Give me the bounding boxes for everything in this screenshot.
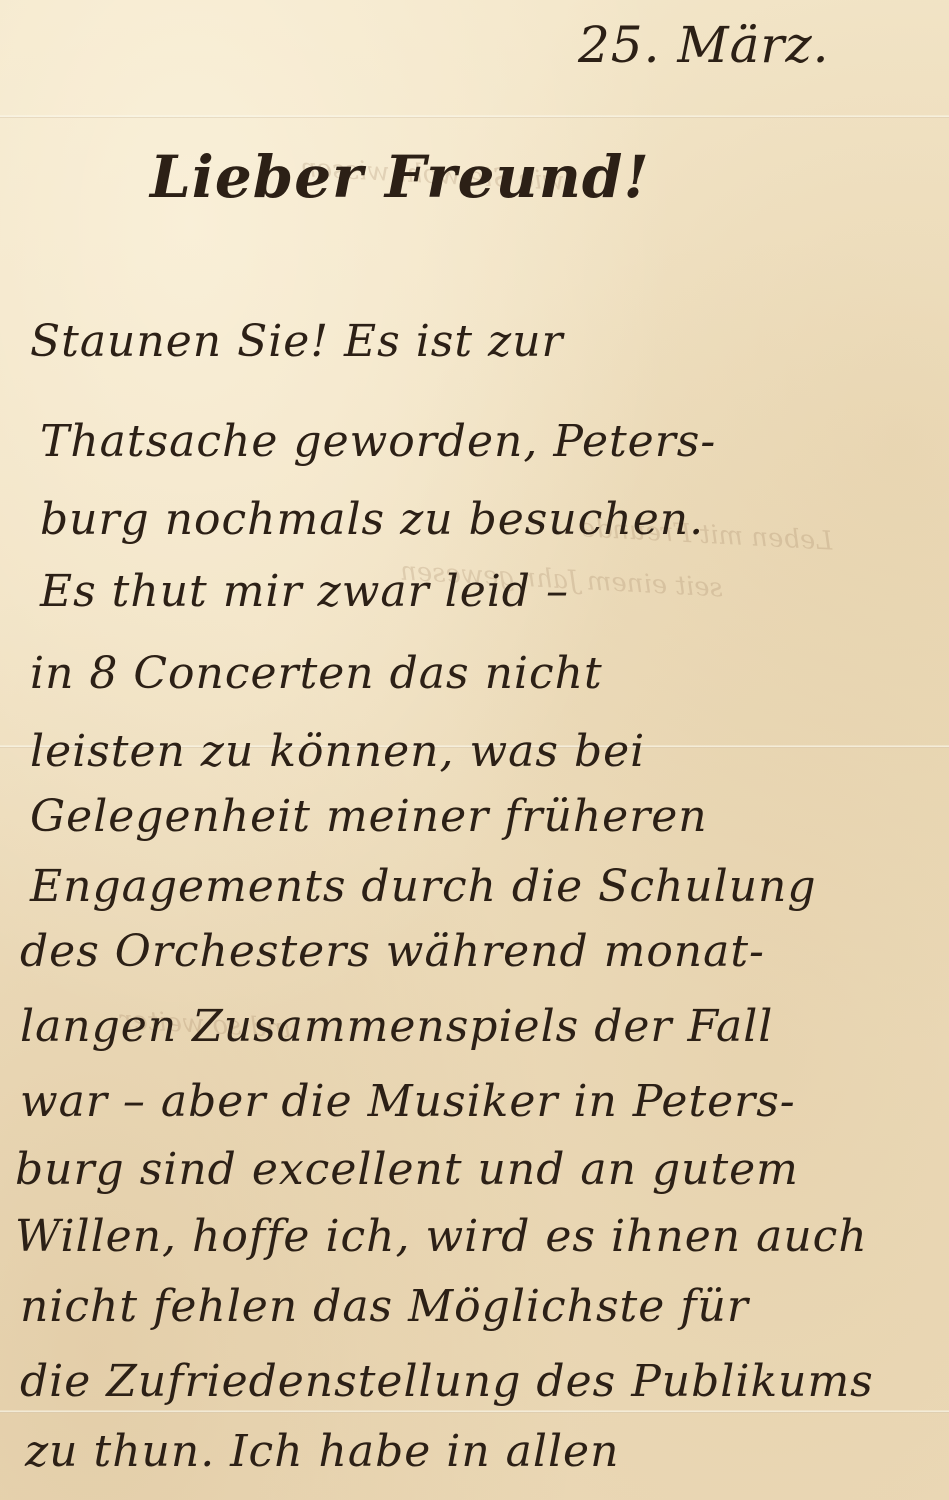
letter-line: war – aber die Musiker in Peters- <box>20 1080 796 1124</box>
letter-line: Thatsache geworden, Peters- <box>40 420 716 464</box>
letter-line: burg sind excellent und an gutem <box>15 1148 799 1192</box>
letter-line: Willen, hoffe ich, wird es ihnen auch <box>15 1215 868 1259</box>
paper-fold-line <box>0 1410 949 1413</box>
letter-line: nicht fehlen das Möglichste für <box>20 1285 749 1329</box>
letter-salutation: Lieber Freund! <box>150 148 650 206</box>
letter-line: langen Zusammenspiels der Fall <box>20 1005 773 1049</box>
paper-fold-line <box>0 115 949 118</box>
letter-line: in 8 Concerten das nicht <box>30 652 603 696</box>
letter-line: des Orchesters während monat- <box>20 930 765 974</box>
letter-line: zu thun. Ich habe in allen <box>25 1430 619 1474</box>
letter-line: burg nochmals zu besuchen. <box>40 498 704 542</box>
letter-date: 25. März. <box>578 20 830 70</box>
letter-line: Gelegenheit meiner früheren <box>30 795 708 839</box>
letter-line: Es thut mir zwar leid – <box>40 570 569 614</box>
letter-line: leisten zu können, was bei <box>30 730 645 774</box>
letter-line: die Zufriedenstellung des Publikums <box>20 1360 874 1404</box>
letter-line: Staunen Sie! Es ist zur <box>30 320 564 364</box>
letter-line: Engagements durch die Schulung <box>30 865 817 909</box>
